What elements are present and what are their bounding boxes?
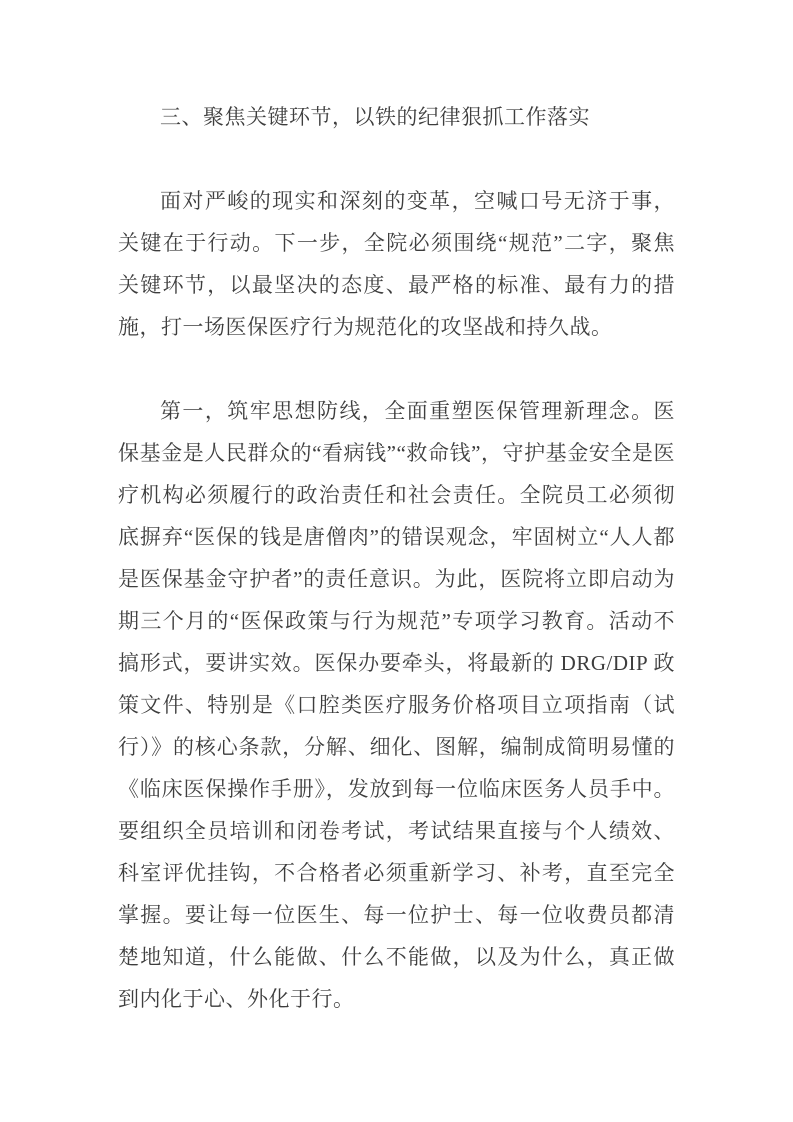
- paragraph-intro: 面对严峻的现实和深刻的变革，空喊口号无济于事，关键在于行动。下一步，全院必须围绕…: [118, 180, 675, 348]
- document-page: 三、聚焦关键环节，以铁的纪律狠抓工作落实 面对严峻的现实和深刻的变革，空喊口号无…: [0, 0, 793, 1122]
- section-heading: 三、聚焦关键环节，以铁的纪律狠抓工作落实: [118, 96, 675, 138]
- paragraph-first-point: 第一，筑牢思想防线，全面重塑医保管理新理念。医保基金是人民群众的“看病钱”“救命…: [118, 390, 675, 1020]
